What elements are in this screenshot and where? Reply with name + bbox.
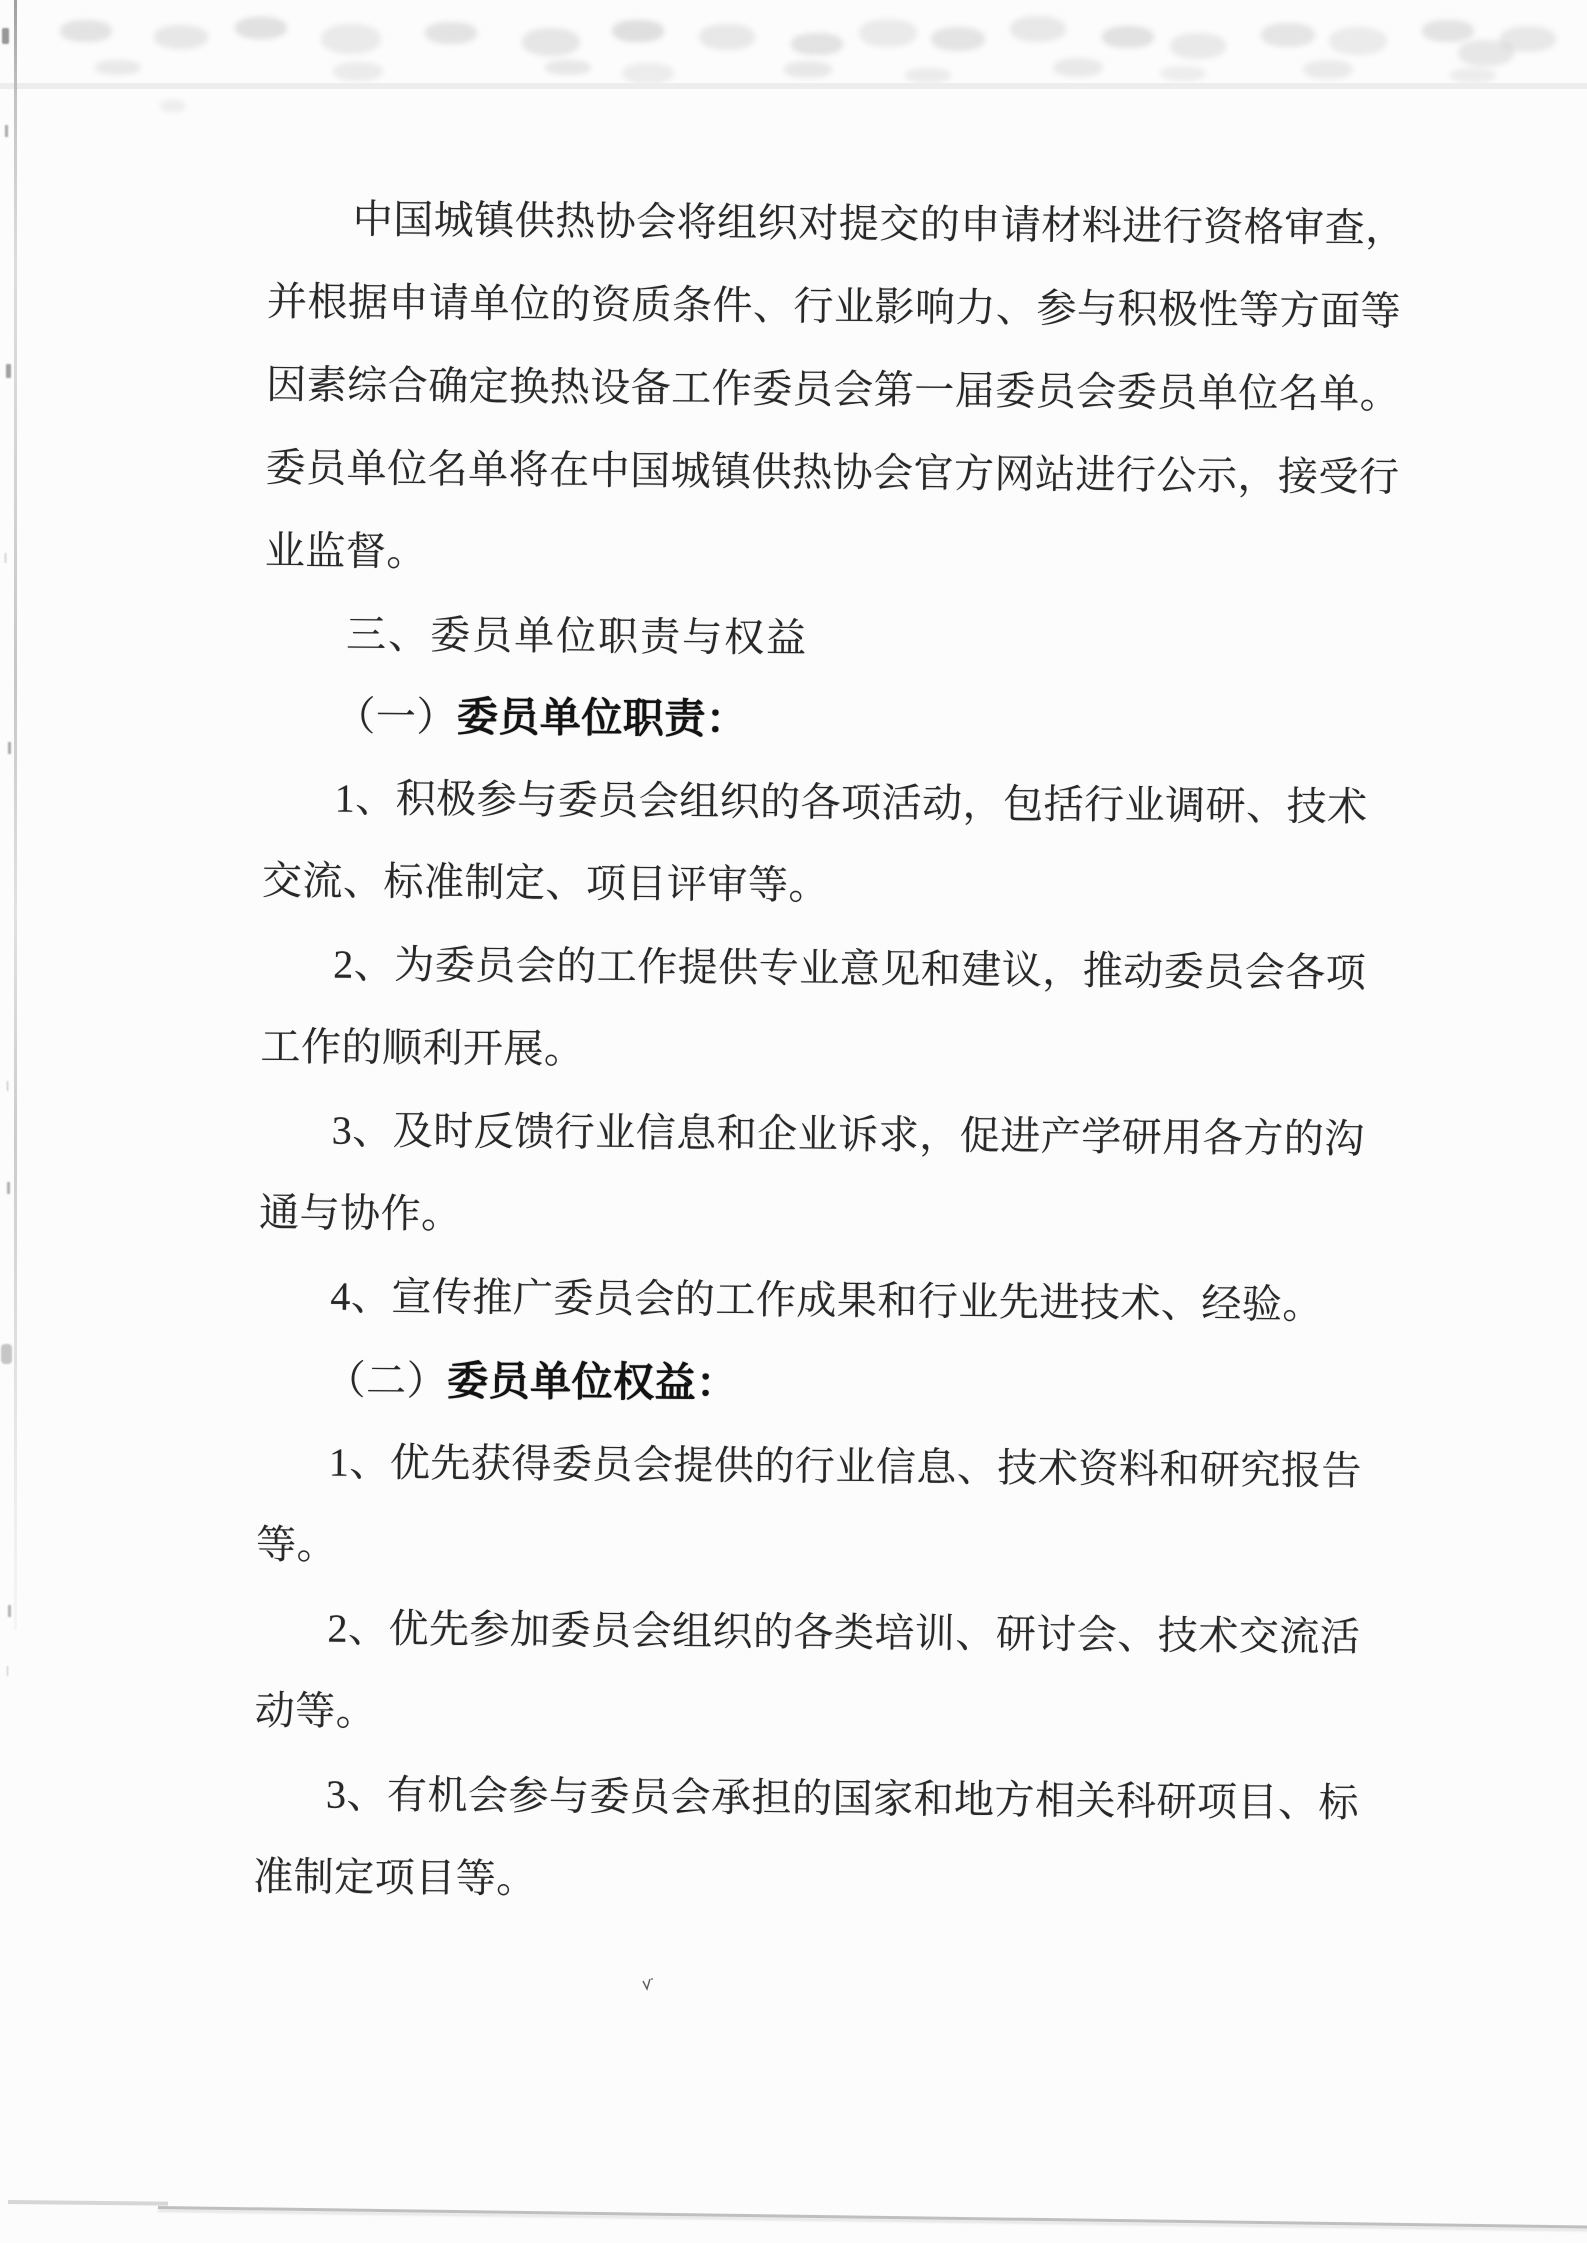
- document-line: 4、宣传推广委员会的工作成果和行业先进技术、经验。: [330, 1271, 1323, 1332]
- document-line: 1、积极参与委员会组织的各项活动，包括行业调研、技术: [334, 773, 1367, 834]
- document-line: 并根据申请单位的资质条件、行业影响力、参与积极性等方面等: [267, 276, 1401, 338]
- document-line: 通与协作。: [259, 1187, 462, 1241]
- heading-bold-text: 委员单位权益：: [447, 1358, 738, 1407]
- document-line: 交流、标准制定、项目评审等。: [262, 855, 829, 912]
- ink-speck-icon: [641, 1976, 655, 1992]
- heading-number: （二）: [325, 1358, 447, 1404]
- document-line: 动等。: [255, 1685, 377, 1738]
- document-line: 业监督。: [265, 525, 427, 578]
- document-text-block: 中国城镇供热协会将组织对提交的申请材料进行资格审查， 并根据申请单位的资质条件、…: [253, 190, 1448, 1960]
- scanner-edge-line-left: [8, 2200, 168, 2206]
- document-line: 准制定项目等。: [253, 1851, 537, 1905]
- heading-bold-text: 委员单位职责：: [457, 694, 748, 743]
- subsection-heading-duties: （一）委员单位职责：: [335, 690, 747, 747]
- subsection-heading-rights: （二）委员单位权益：: [325, 1354, 737, 1411]
- left-edge-ink-specks: [2, 28, 9, 44]
- heading-number: （一）: [335, 694, 457, 740]
- scanner-edge-line: [158, 2206, 1587, 2229]
- section-heading: 三、委员单位职责与权益: [346, 609, 808, 665]
- left-page-edge-line: [14, 0, 17, 1630]
- document-line: 等。: [256, 1519, 337, 1572]
- document-line: 3、有机会参与委员会承担的国家和地方相关科研项目、标: [326, 1769, 1359, 1830]
- document-line: 中国城镇供热协会将组织对提交的申请材料进行资格审查，: [353, 194, 1406, 255]
- document-line: 3、及时反馈行业信息和企业诉求，促进产学研用各方的沟: [332, 1105, 1365, 1166]
- scan-noise-band-3: [160, 100, 186, 112]
- document-line: 工作的顺利开展。: [260, 1021, 584, 1076]
- document-line: 因素综合确定换热设备工作委员会第一届委员会委员单位名单。: [266, 359, 1400, 421]
- scan-noise-band-1: [60, 20, 112, 42]
- document-line: 2、优先参加委员会组织的各类培训、研讨会、技术交流活: [327, 1603, 1360, 1664]
- scan-ghost-line: [0, 83, 1587, 89]
- document-line: 1、优先获得委员会提供的行业信息、技术资料和研究报告: [329, 1437, 1362, 1498]
- document-line: 2、为委员会的工作提供专业意见和建议，推动委员会各项: [333, 939, 1366, 1000]
- document-line: 委员单位名单将在中国城镇供热协会官方网站进行公示，接受行: [265, 442, 1399, 504]
- ink-speck-mark: [641, 1976, 655, 1992]
- scanned-document-page: 中国城镇供热协会将组织对提交的申请材料进行资格审查， 并根据申请单位的资质条件、…: [0, 0, 1587, 2243]
- scan-noise-band-2: [95, 60, 141, 75]
